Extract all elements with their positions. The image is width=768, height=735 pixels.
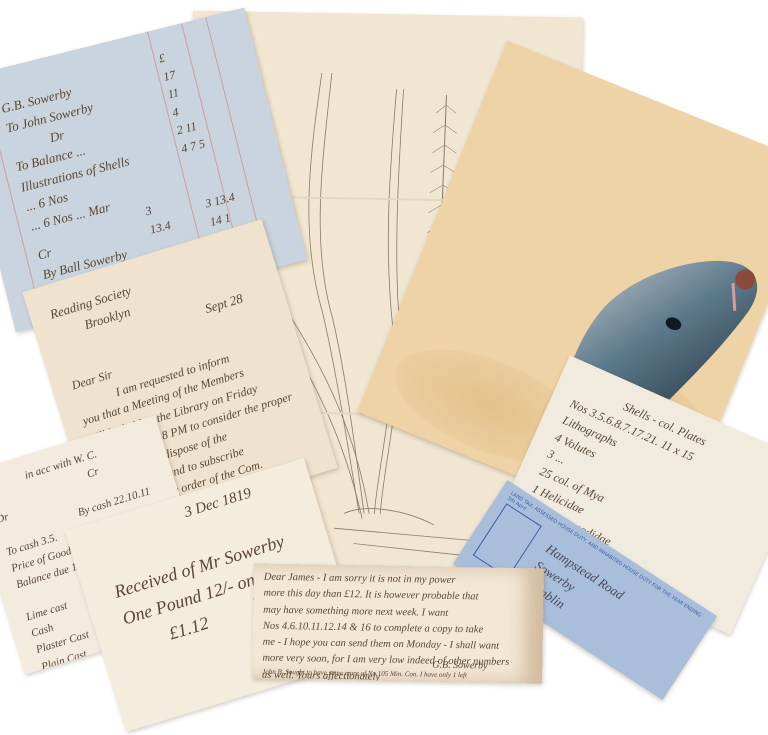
ledger-final: 3 13.4 14 1	[203, 188, 241, 231]
letter-to-james: Dear James - I am sorry it is not in my …	[252, 563, 544, 683]
ledger-totals: 3 13.4	[143, 198, 172, 239]
receipt-date: 3 Dec 1819	[182, 485, 253, 521]
